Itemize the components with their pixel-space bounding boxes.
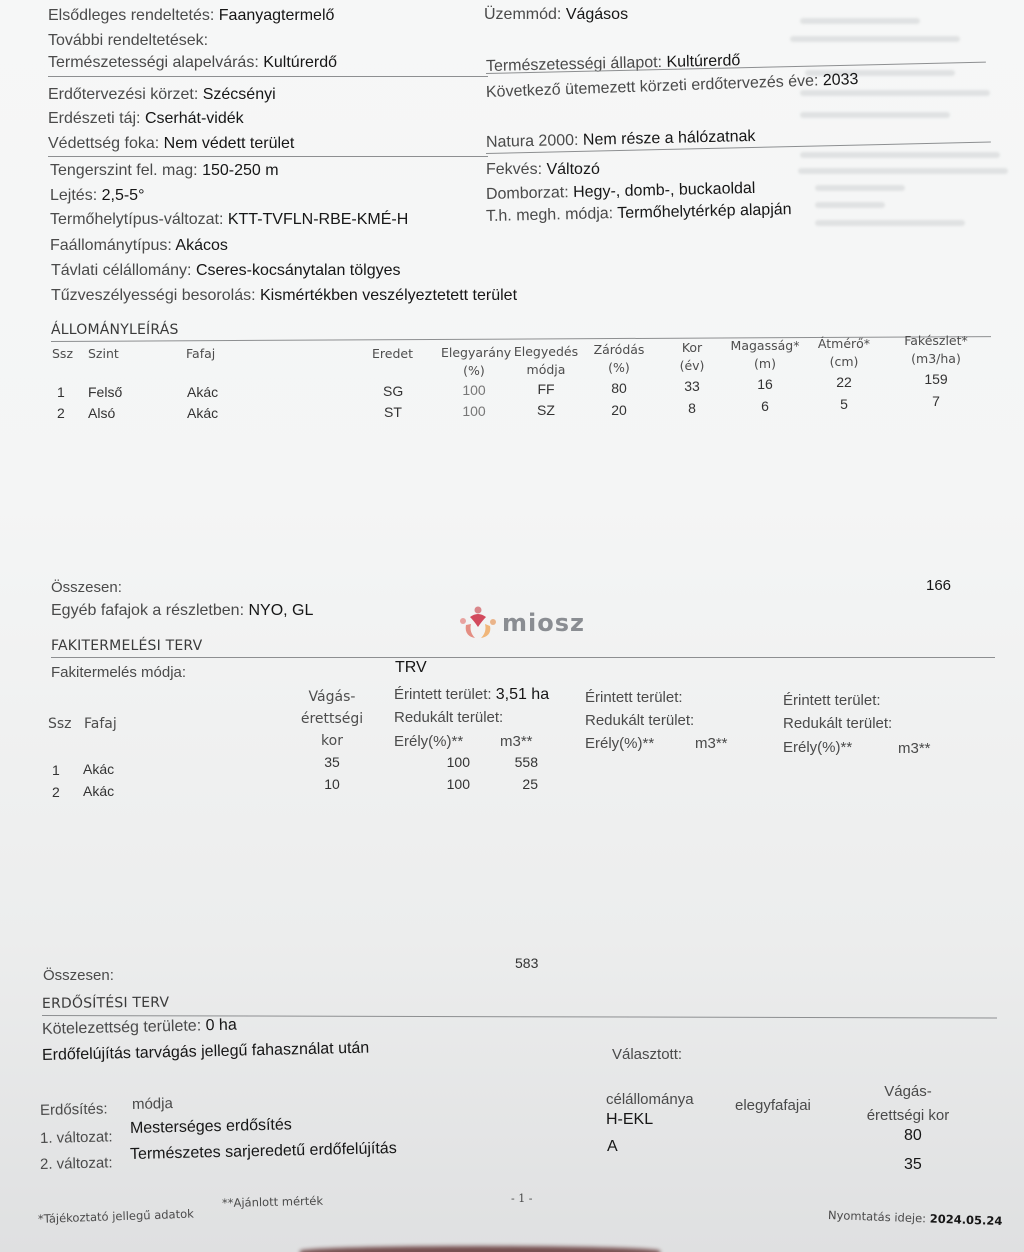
allomany-total-label: Összesen:: [51, 579, 122, 596]
cell-zarodas: 20: [590, 402, 648, 418]
erely-label: Erély(%)**: [585, 735, 654, 752]
divider: [48, 76, 488, 77]
field-value: Faanyagtermelő: [219, 7, 335, 24]
cell-fakeszlet: 159: [896, 371, 976, 387]
col-header-ssz: Ssz: [48, 715, 72, 733]
field-value: Nem része a hálózatnak: [583, 128, 756, 149]
field-value: Szécsényi: [203, 86, 276, 103]
field-label: További rendeltetések:: [48, 32, 208, 49]
cell-kor: 10: [296, 776, 368, 792]
cell-atmero: 22: [812, 374, 876, 390]
field-value: 2,5-5°: [102, 187, 145, 204]
vagaserettsegi-kor-label: Vágás- érettségi kor: [858, 1080, 958, 1128]
field-label: T.h. megh. módja:: [486, 205, 614, 225]
field-label: Faállománytípus:: [50, 237, 172, 254]
col-header-fafaj: Fafaj: [186, 345, 215, 363]
col-header-fafaj: Fafaj: [84, 715, 117, 733]
logo-text: miosz: [502, 609, 585, 637]
variant-kor: 80: [904, 1127, 922, 1145]
cell-eredet: ST: [384, 404, 402, 420]
erintett-terulet: Érintett terület: 3,51 ha: [394, 686, 549, 704]
field-value: KTT-TVFLN-RBE-KMÉ-H: [228, 211, 408, 228]
field-kovetkezo-tervezes: Következő ütemezett körzeti erdőtervezés…: [486, 71, 859, 102]
field-label: Kötelezettség területe:: [42, 1017, 202, 1038]
cell-zarodas: 80: [590, 380, 648, 396]
col-header-elegyarany: Elegyarány (%): [441, 344, 507, 380]
field-label: Natura 2000:: [486, 132, 579, 151]
field-domborzat: Domborzat: Hegy-, domb-, buckaoldal: [486, 180, 756, 204]
field-label: Elsődleges rendeltetés:: [48, 7, 214, 24]
field-value: Cserhát-vidék: [145, 110, 244, 127]
field-fekves: Fekvés: Változó: [486, 161, 600, 179]
field-label: Tűzveszélyességi besorolás:: [51, 287, 256, 304]
cell-ssz: 1: [57, 384, 65, 400]
field-label: Védettség foka:: [48, 135, 159, 152]
divider: [51, 657, 995, 658]
field-label: Erdőtervezési körzet:: [48, 86, 198, 103]
field-label: Távlati célállomány:: [51, 262, 192, 279]
col-header-szint: Szint: [88, 345, 119, 363]
field-tengerszint: Tengerszint fel. mag: 150-250 m: [50, 162, 279, 180]
field-label: Egyéb fafajok a részletben:: [51, 602, 244, 619]
cell-erely: 100: [430, 776, 470, 792]
variant-label: 2. változat:: [40, 1154, 113, 1173]
cell-ssz: 2: [57, 405, 65, 421]
section-title-allomanyleiras: ÁLLOMÁNYLEÍRÁS: [51, 322, 179, 338]
print-date-value: 2024.05.24: [929, 1212, 1002, 1229]
fakitermeles-total-value: 583: [515, 955, 538, 971]
cell-magassag: 6: [728, 398, 802, 414]
field-elsodleges-rendeltetes: Elsődleges rendeltetés: Faanyagtermelő: [48, 7, 334, 25]
field-label: Erdészeti táj:: [48, 110, 140, 127]
field-value: Kultúrerdő: [263, 54, 337, 71]
field-termeszetessegi-alapelvaras: Természetességi alapelvárás: Kultúrerdő: [48, 54, 337, 72]
field-kotelezettseg: Kötelezettség területe: 0 ha: [42, 1017, 237, 1039]
field-label: Következő ütemezett körzeti erdőtervezés…: [486, 72, 819, 101]
footnote-ajanlott: **Ajánlott mérték: [222, 1194, 323, 1210]
field-egyeb-fafajok: Egyéb fafajok a részletben: NYO, GL: [51, 602, 313, 620]
field-label: Domborzat:: [486, 184, 569, 203]
field-value: Akácos: [175, 237, 227, 254]
field-tuzveszelyessegi: Tűzveszélyességi besorolás: Kismértékben…: [51, 287, 517, 305]
cell-elegyarany: 100: [441, 403, 507, 419]
field-tavlati-celallomany: Távlati célállomány: Cseres-kocsánytalan…: [51, 262, 401, 280]
cell-ssz: 2: [52, 784, 60, 800]
field-label: Fekvés:: [486, 161, 542, 178]
col-header-elegyedes: Elegyedés módja: [513, 343, 579, 379]
page-number: - 1 -: [511, 1192, 532, 1205]
fakitermeles-modja-label: Fakitermelés módja:: [51, 664, 186, 681]
redukalt-terulet-label: Redukált terület:: [783, 715, 892, 732]
cell-fafaj: Akác: [83, 761, 114, 777]
erdosites-label: Erdősítés:: [40, 1100, 108, 1119]
field-value: Hegy-, domb-, buckaoldal: [573, 180, 756, 201]
variant-kor: 35: [904, 1156, 922, 1174]
cell-atmero: 5: [812, 396, 876, 412]
cell-elegyarany: 100: [441, 382, 507, 398]
col-header-atmero: Átmérő* (cm): [812, 335, 876, 371]
field-label: Termőhelytípus-változat:: [50, 211, 223, 228]
col-header-zarodas: Záródás (%): [590, 341, 648, 377]
redukalt-terulet-label: Redukált terület:: [394, 709, 503, 726]
field-value: 2033: [823, 71, 859, 89]
cell-elegyedes: FF: [513, 381, 579, 397]
m3-label: m3**: [898, 740, 931, 757]
cell-fafaj: Akác: [187, 384, 218, 400]
cell-kor: 35: [296, 754, 368, 770]
cell-szint: Alsó: [88, 405, 115, 421]
field-label: Üzemmód:: [484, 6, 561, 23]
document-page: Elsődleges rendeltetés: Faanyagtermelő T…: [0, 0, 1024, 1252]
cell-szint: Felső: [88, 384, 122, 400]
cell-magassag: 16: [728, 376, 802, 392]
field-value: Cseres-kocsánytalan tölgyes: [196, 262, 401, 279]
section-title-fakitermelesi-terv: FAKITERMELÉSI TERV: [51, 638, 202, 654]
cell-m3: 25: [500, 776, 538, 792]
field-vedettseg-foka: Védettség foka: Nem védett terület: [48, 135, 294, 153]
valasztott-label: Választott:: [612, 1046, 682, 1063]
photo-edge-shadow: [300, 1246, 660, 1252]
field-value: NYO, GL: [248, 602, 313, 619]
col-header-eredet: Eredet: [372, 345, 413, 363]
field-label: Érintett terület:: [394, 686, 492, 703]
cell-eredet: SG: [383, 383, 403, 399]
cell-elegyedes: SZ: [513, 402, 579, 418]
field-value: Nem védett terület: [164, 135, 295, 152]
redukalt-terulet-label: Redukált terület:: [585, 712, 694, 729]
field-faallomanytipus: Faállománytípus: Akácos: [50, 237, 228, 255]
allomany-total-value: 166: [926, 577, 951, 594]
cell-fakeszlet: 7: [896, 393, 976, 409]
col-header-vagaserettsegi-kor: Vágás- érettségi kor: [296, 686, 368, 752]
variant-modja: Mesterséges erdősítés: [130, 1116, 292, 1138]
cell-kor: 8: [672, 400, 712, 416]
print-date: Nyomtatás ideje: 2024.05.24: [828, 1208, 1003, 1228]
field-value: 3,51 ha: [496, 686, 549, 703]
field-tovabbi-rendeltetesek: További rendeltetések:: [48, 32, 208, 50]
field-value: 0 ha: [205, 1017, 237, 1035]
cell-ssz: 1: [52, 762, 60, 778]
cell-fafaj: Akác: [83, 783, 114, 799]
cell-fafaj: Akác: [187, 405, 218, 421]
cell-erely: 100: [430, 754, 470, 770]
elegyfafajai-label: elegyfafajai: [735, 1097, 811, 1114]
variant-label: 1. változat:: [40, 1128, 113, 1147]
divider: [48, 156, 488, 157]
erintett-terulet-label: Érintett terület:: [783, 692, 881, 709]
erely-label: Erély(%)**: [783, 739, 852, 756]
modja-label: módja: [132, 1095, 173, 1113]
erely-label: Erély(%)**: [394, 733, 463, 750]
footnote-tajekoztato: *Tájékoztató jellegű adatok: [38, 1207, 194, 1226]
field-lejtes: Lejtés: 2,5-5°: [50, 187, 144, 205]
variant-celallomanya: A: [607, 1138, 618, 1156]
col-header-fakeszlet: Fakészlet* (m3/ha): [896, 332, 976, 368]
m3-label: m3**: [695, 735, 728, 752]
variant-modja: Természetes sarjeredetű erdőfelújítás: [130, 1140, 397, 1164]
fakitermeles-total-label: Összesen:: [43, 967, 114, 984]
col-header-ssz: Ssz: [52, 345, 73, 363]
field-label: Természetességi alapelvárás:: [48, 54, 259, 71]
cell-m3: 558: [500, 754, 538, 770]
print-date-label: Nyomtatás ideje:: [828, 1208, 927, 1225]
field-label: Tengerszint fel. mag:: [50, 162, 198, 179]
field-erdeszeti-taj: Erdészeti táj: Cserhát-vidék: [48, 110, 244, 128]
field-value: Vágásos: [566, 6, 628, 23]
section-title-erdositesi-terv: ERDŐSÍTÉSI TERV: [42, 995, 169, 1012]
col-header-magassag: Magasság* (m): [728, 337, 802, 373]
field-value: Termőhelytérkép alapján: [617, 201, 792, 222]
erintett-terulet-label: Érintett terület:: [585, 689, 683, 706]
field-value: 150-250 m: [202, 162, 279, 179]
cell-kor: 33: [672, 378, 712, 394]
miosz-logo: miosz: [458, 605, 585, 641]
field-value: Változó: [546, 161, 599, 178]
m3-label: m3**: [500, 733, 533, 750]
erdositesi-subtitle: Erdőfelújítás tarvágás jellegű fahasznál…: [42, 1040, 370, 1065]
field-th-megh-modja: T.h. megh. módja: Termőhelytérkép alapjá…: [486, 201, 792, 226]
field-uzemmod: Üzemmód: Vágásos: [484, 6, 628, 24]
variant-celallomanya: H-EKL: [606, 1111, 653, 1129]
celallomanya-label: célállománya: [606, 1091, 694, 1108]
field-value: Kismértékben veszélyeztetett terület: [260, 287, 517, 304]
col-header-kor: Kor (év): [672, 339, 712, 375]
people-circle-icon: [458, 605, 498, 641]
field-termohelytipus: Termőhelytípus-változat: KTT-TVFLN-RBE-K…: [50, 211, 408, 229]
fakitermeles-modja-value: TRV: [395, 659, 427, 677]
field-erdotervezesi-korzet: Erdőtervezési körzet: Szécsényi: [48, 86, 276, 104]
field-label: Lejtés:: [50, 187, 97, 204]
